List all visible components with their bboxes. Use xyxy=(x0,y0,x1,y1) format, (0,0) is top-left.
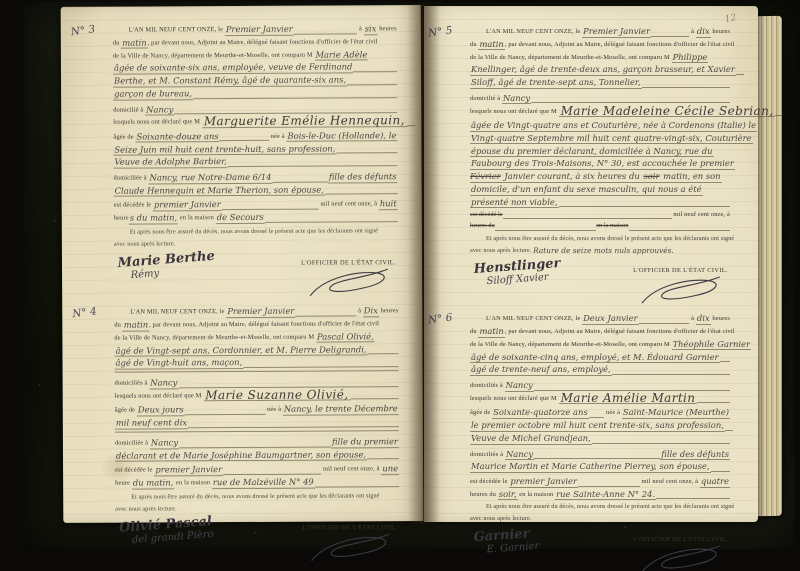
handwritten-name: Marie Madeleine Cécile Sebrian, xyxy=(559,106,776,118)
handwritten-text: matin xyxy=(121,37,147,49)
handwritten-text: épouse du premier déclarant, domiciliée … xyxy=(470,146,714,158)
printed-closing-text: Et après nous être assuré du décès, nous… xyxy=(131,491,379,503)
blank-rule xyxy=(578,485,640,487)
acte-line: du matin, par devant nous, Adjoint au Ma… xyxy=(470,326,730,338)
acte-line: Et après nous être assuré du décès, nous… xyxy=(115,491,399,503)
handwritten-text: Nancy, rue Notre-Dame 6/14 xyxy=(148,172,272,184)
acte-text: L'AN MIL NEUF CENT ONZE, le Deux Janvier… xyxy=(470,313,730,524)
acte-number: N° 5 xyxy=(427,25,453,40)
printed-text: du xyxy=(470,40,478,51)
printed-text: du xyxy=(113,38,122,49)
blank-rule xyxy=(589,416,605,418)
printed-text: heures xyxy=(711,314,730,325)
signature-block: Marie Berthe Rémy L'OFFICIER DE L'ÉTAT C… xyxy=(114,251,398,297)
handwritten-text: Nancy xyxy=(150,437,179,449)
acte-line: âgée de Deux jours née à Nancy, le trent… xyxy=(115,404,399,417)
printed-text: L'AN MIL NEUF CENT ONZE, le xyxy=(129,25,225,36)
handwritten-text: Knellinger, âgé de trente-deux ans, garç… xyxy=(470,64,736,76)
blank-rule xyxy=(347,83,397,85)
handwritten-text: Philippe xyxy=(672,52,709,64)
blank-rule xyxy=(179,445,331,448)
blank-rule xyxy=(503,217,672,219)
officer-signature-flourish xyxy=(635,274,725,309)
blank-rule xyxy=(711,470,730,472)
declarant-signatures: Garnier E. Garnier xyxy=(473,525,539,555)
acte-number: N° 3 xyxy=(70,23,96,38)
handwritten-text: dix xyxy=(696,26,711,38)
printed-text: mil neuf cent onze, à xyxy=(319,200,379,211)
handwritten-text: Pascal Olivié, xyxy=(316,331,375,343)
handwritten-text-struck: Février xyxy=(470,171,501,183)
acte-line: âgé de trente-neuf ans, employé, xyxy=(470,364,730,376)
officer-block: L'OFFICIER DE L'ÉTAT CIVIL. xyxy=(633,259,728,304)
printed-closing-text: avec nous après lecture. xyxy=(470,246,533,257)
handwritten-text: Claude Hennequin et Marie Therion, son é… xyxy=(114,184,325,197)
acte-line: domiciliée à Nancy, rue Notre-Dame 6/14f… xyxy=(114,171,398,184)
acte-text: L'AN MIL NEUF CENT ONZE, le Premier Janv… xyxy=(114,305,399,514)
printed-text-struck: est décédé le xyxy=(470,210,503,221)
handwritten-text: fille du premier xyxy=(331,436,399,448)
printed-text: est décédée le xyxy=(114,201,153,212)
blank-rule xyxy=(220,139,269,141)
acte-line: L'AN MIL NEUF CENT ONZE, le Deux Janvier… xyxy=(470,313,730,325)
handwritten-text: mil neuf cent dix xyxy=(115,418,188,430)
acte-line: domiciliée à Nancyfille du premier xyxy=(115,436,399,449)
acte-line: domiciliée à Nancyfille des défunts xyxy=(470,449,730,461)
printed-text: âgée de xyxy=(115,406,137,417)
printed-text-struck: en la maison xyxy=(596,221,628,232)
handwritten-text: Nancy xyxy=(505,380,534,392)
blank-rule xyxy=(407,124,415,126)
acte-line: âgé de Vingt-sept ans, Cordonnier, et M.… xyxy=(114,344,398,357)
handwritten-text: matin xyxy=(123,319,149,331)
acte-line: du matin, par devant nous, Adjoint au Ma… xyxy=(470,39,730,51)
blank-rule xyxy=(353,70,397,72)
handwritten-text: s du matin, xyxy=(129,213,178,225)
declarant-signatures: Marie Berthe Rémy xyxy=(117,249,216,282)
blank-rule xyxy=(651,35,689,37)
acte-line: domicile, d'un enfant du sexe masculin, … xyxy=(470,184,730,196)
acte-line: lesquels nous ont déclaré que M Marie Ma… xyxy=(470,106,730,118)
blank-rule xyxy=(642,86,730,88)
acte-line: lesquels nous ont déclaré que M Margueri… xyxy=(113,115,397,128)
blank-rule xyxy=(592,442,730,444)
printed-closing-text: avec nous après lecture. xyxy=(114,239,176,250)
blank-rule xyxy=(325,193,398,195)
handwritten-text-struck: soir xyxy=(643,171,659,183)
printed-text: née à xyxy=(604,408,622,419)
handwritten-name: Marie Suzanne Olivié, xyxy=(203,389,350,401)
acte-line: Maurice Martin et Marie Catherine Pierre… xyxy=(470,461,730,473)
blank-rule xyxy=(350,398,398,400)
acte-line: Et après nous être assuré du décès, nous… xyxy=(470,502,730,513)
handwritten-text: premier Janvier xyxy=(509,476,578,488)
printed-text: de la Ville de Nancy, département de Meu… xyxy=(470,53,672,64)
acte-number: N° 4 xyxy=(72,305,98,320)
acte-line: est décédé le mil neuf cent onze, à xyxy=(470,210,730,221)
handwritten-text: Veuve de Adolphe Barbier, xyxy=(113,157,227,169)
blank-rule xyxy=(367,458,399,460)
acte-line: Siloff, âgé de trente-sept ans, Tonnelie… xyxy=(470,77,730,89)
acte-line: du matin, par devant nous, Adjoint au Ma… xyxy=(114,318,398,331)
printed-text: âgée de xyxy=(470,408,492,419)
printed-text: heure xyxy=(115,479,132,490)
printed-text: domiciliée à xyxy=(115,438,150,449)
blank-rule xyxy=(612,373,730,375)
handwritten-text: Deux Janvier xyxy=(582,313,639,325)
officer-caption: L'OFFICIER DE L'ÉTAT CIVIL. xyxy=(633,536,728,543)
handwritten-text: Vingt-quatre Septembre mil huit cent qua… xyxy=(470,133,753,145)
acte-line: de la Ville de Nancy, département de Meu… xyxy=(113,49,397,62)
acte-line: âgé de Vingt-huit ans, maçon, xyxy=(114,356,398,369)
printed-text: , par devant nous, Adjoint au Maire, dél… xyxy=(505,40,735,51)
printed-text: est décédée le xyxy=(470,477,509,488)
blank-rule xyxy=(273,180,328,182)
handwritten-text: fille des défunts xyxy=(660,449,730,461)
blank-rule xyxy=(315,485,399,487)
printed-text: du xyxy=(470,327,478,338)
acte-line: âgée de Vingt-quatre ans et Couturière, … xyxy=(470,120,730,132)
blank-rule xyxy=(115,429,399,432)
officer-block: L'OFFICIER DE L'ÉTAT CIVIL. xyxy=(301,251,396,296)
acte-line: Et après nous être assuré du décès, nous… xyxy=(114,226,398,238)
acte-line: âgé de soixante-cinq ans, employé, et M.… xyxy=(470,352,730,364)
handwritten-text: Dix xyxy=(363,305,379,317)
acte-text: L'AN MIL NEUF CENT ONZE, le Premier Janv… xyxy=(470,26,730,256)
printed-text: domiciliés à xyxy=(470,381,505,392)
handwritten-text: rue Sainte-Anne N° 24. xyxy=(555,489,656,501)
printed-text: mil neuf cent onze, à xyxy=(672,210,730,221)
acte-line: du matin, par devant nous, Adjoint au Ma… xyxy=(113,36,397,49)
acte-line: avec nous après lecture. Rature de seize… xyxy=(470,246,730,257)
declarant-signatures: Olivié Pascal del grandi Pièro xyxy=(119,514,214,547)
handwritten-text: quatre xyxy=(700,476,730,488)
blank-rule xyxy=(228,164,398,167)
acte-line: domiciliés à Nancy xyxy=(470,380,730,392)
acte-line: L'AN MIL NEUF CENT ONZE, le Premier Janv… xyxy=(470,26,730,38)
printed-text: , par devant nous, Adjoint au Maire, dél… xyxy=(149,319,379,331)
handwritten-text: garçon de bureau, xyxy=(113,88,193,100)
printed-text: , par devant nous, Adjoint au Maire, dél… xyxy=(148,37,378,49)
printed-text: domiciliés à xyxy=(115,379,150,390)
handwritten-text: Nancy, le trente Décembre xyxy=(283,404,399,416)
handwritten-text: Nancy xyxy=(149,377,178,389)
handwritten-text: Veuve de Michel Grandjean, xyxy=(470,433,592,445)
acte-line: avec nous après lecture. xyxy=(114,238,398,250)
handwritten-text: Soixante-douze ans xyxy=(135,131,219,143)
handwritten-text: Soixante-quatorze ans xyxy=(492,407,589,419)
acte-line: heure du matin, en la maison rue de Malz… xyxy=(115,476,399,489)
handwritten-text: Théophile Garnier xyxy=(672,339,751,351)
printed-text: lesquels nous ont déclaré que M xyxy=(113,117,202,128)
acte-line: Vingt-quatre Septembre mil huit cent qua… xyxy=(470,133,730,145)
acte-line: Veuve de Michel Grandjean, xyxy=(470,433,730,445)
handwritten-text: fille des défunts xyxy=(328,171,398,183)
handwritten-text: âgé de trente-neuf ans, employé, xyxy=(470,364,612,376)
printed-text: née à xyxy=(269,132,287,143)
handwritten-text: Nancy xyxy=(505,449,534,461)
handwritten-text: Saint-Maurice (Meurthe) xyxy=(622,407,730,419)
signature-block: Garnier E. Garnier L'OFFICIER DE L'ÉTAT … xyxy=(470,528,730,571)
acte-line: est décédée le premier Janvier mil neuf … xyxy=(115,464,399,477)
printed-text: en la maison xyxy=(178,213,216,224)
acte-line: de la Ville de Nancy, département de Meu… xyxy=(470,339,730,351)
handwritten-text: Nancy xyxy=(145,104,174,116)
acte-line: avec nous après lecture. xyxy=(115,503,399,515)
printed-text: née à xyxy=(265,405,283,416)
register-page-left: N° 3 L'AN MIL NEUF CENT ONZE, le Premier… xyxy=(61,5,424,523)
printed-closing-text: Et après nous être assuré du décès, nous… xyxy=(486,234,734,245)
handwritten-text: matin xyxy=(478,39,504,51)
printed-text: du xyxy=(114,321,123,332)
handwritten-text: du matin, xyxy=(132,478,175,490)
acte-line: Faubourg des Trois-Maisons, N° 30, est a… xyxy=(470,158,730,170)
blank-rule xyxy=(725,429,733,431)
printed-text: lesquels nous ont déclaré que M xyxy=(470,107,559,118)
handwritten-text: âgé de Vingt-huit ans, maçon, xyxy=(114,357,243,369)
blank-rule xyxy=(243,365,398,368)
blank-rule xyxy=(222,208,319,211)
acte-line: est décédée le premier Janvier mil neuf … xyxy=(114,199,398,212)
printed-closing-text: Et après nous être assuré du décès, nous… xyxy=(486,502,734,513)
officer-block: L'OFFICIER DE L'ÉTAT CIVIL. xyxy=(302,516,397,561)
printed-text: L'AN MIL NEUF CENT ONZE, le xyxy=(486,314,582,325)
handwritten-name: Marie Amélie Martin xyxy=(559,393,698,405)
handwritten-text: Premier Janvier xyxy=(582,26,651,38)
blank-rule xyxy=(193,96,397,99)
printed-text: heures du xyxy=(470,490,498,501)
printed-text: de la Ville de Nancy, département de Meu… xyxy=(113,50,315,62)
officer-block: L'OFFICIER DE L'ÉTAT CIVIL. xyxy=(633,528,728,571)
handwritten-text: six xyxy=(364,23,378,35)
handwritten-text: rue de Malzéville N° 49 xyxy=(212,477,315,489)
handwritten-text: déclarant et de Marie Joséphine Baumgart… xyxy=(115,449,367,462)
handwritten-text: premier Janvier xyxy=(153,200,222,212)
handwritten-text: premier Janvier xyxy=(154,464,223,476)
blank-rule xyxy=(115,369,399,372)
officer-signature-flourish xyxy=(303,266,393,301)
acte-line: Claude Hennequin et Marie Therion, son é… xyxy=(114,184,398,197)
handwritten-text: Maurice Martin et Marie Catherine Pierre… xyxy=(470,461,711,473)
handwritten-text: Janvier courant, à six heures du xyxy=(501,171,644,183)
printed-text: de la Ville de Nancy, département de Meu… xyxy=(114,332,316,344)
handwritten-text: Nancy xyxy=(502,93,531,105)
printed-text: lesquels nous ont déclaré que M xyxy=(115,391,204,402)
signature-block: Henstlinger Siloff Xavier L'OFFICIER DE … xyxy=(470,259,730,304)
blank-rule xyxy=(223,473,321,476)
printed-text: L'AN MIL NEUF CENT ONZE, le xyxy=(486,27,582,38)
handwritten-text: âgé de soixante-cinq ans, employé, et M.… xyxy=(470,352,720,364)
blank-rule xyxy=(295,314,356,316)
printed-text: domicilié à xyxy=(470,94,502,105)
blank-rule xyxy=(629,229,731,231)
printed-closing-text: avec nous après lecture. xyxy=(115,504,177,515)
blank-rule xyxy=(559,205,730,207)
handwritten-text: matin, en son xyxy=(659,171,721,183)
page-edge-stack xyxy=(754,16,782,516)
printed-text: est décédée le xyxy=(115,466,154,477)
officer-signature-flourish xyxy=(305,531,395,566)
printed-text: domiciliée à xyxy=(114,174,149,185)
acte-line: est décédée le premier Janvier mil neuf … xyxy=(470,476,730,488)
printed-text: mil neuf cent onze, à xyxy=(321,465,381,476)
blank-rule xyxy=(697,401,730,403)
acte-number: N° 6 xyxy=(427,312,453,327)
handwritten-text: présenté non viable, xyxy=(470,197,559,209)
printed-text: en la maison xyxy=(518,490,556,501)
handwritten-text: Premier Janvier xyxy=(225,24,294,36)
acte-4: N° 4 L'AN MIL NEUF CENT ONZE, le Premier… xyxy=(114,305,399,562)
printed-text: heures xyxy=(377,24,396,35)
declarant-signatures: Henstlinger Siloff Xavier xyxy=(473,256,561,288)
printed-text: âgée de xyxy=(113,132,135,143)
blank-rule xyxy=(294,32,357,34)
acte-line: présenté non viable, xyxy=(470,197,730,209)
handwritten-text: une xyxy=(381,464,399,476)
acte-line: lesquels nous ont déclaré que M Marie Su… xyxy=(115,389,399,402)
acte-line xyxy=(115,369,399,373)
blank-rule xyxy=(736,73,744,75)
page-right-body: N° 5 L'AN MIL NEUF CENT ONZE, le Premier… xyxy=(424,6,758,571)
acte-line: L'AN MIL NEUF CENT ONZE, le Premier Janv… xyxy=(114,305,398,318)
handwritten-name: Marguerite Emélie Hennequin, xyxy=(202,115,407,128)
blank-rule xyxy=(495,229,597,231)
acte-3: N° 3 L'AN MIL NEUF CENT ONZE, le Premier… xyxy=(113,23,398,298)
acte-line: domicilié à Nancy xyxy=(470,93,730,105)
acte-6: N° 6 L'AN MIL NEUF CENT ONZE, le Deux Ja… xyxy=(470,313,730,571)
printed-closing-text: avec nous après lecture. xyxy=(470,514,532,525)
acte-line: le premier octobre mil huit cent trente-… xyxy=(470,420,730,432)
handwritten-annotation: Rature de seize mots nuls approuvés. xyxy=(533,246,674,257)
acte-line: garçon de bureau, xyxy=(113,87,397,100)
acte-line: âgée de Soixante-quatorze ans née à Sain… xyxy=(470,407,730,419)
blank-rule xyxy=(185,413,266,415)
printed-text: heure xyxy=(114,214,129,225)
blank-rule xyxy=(720,360,730,362)
handwritten-text: matin xyxy=(478,326,504,338)
register-page-right: 12 N° 5 L'AN MIL NEUF CENT ONZE, le Prem… xyxy=(424,6,758,522)
acte-line: Et après nous être assuré du décès, nous… xyxy=(470,234,730,245)
acte-line: âgée de soixante-six ans, employée, veuv… xyxy=(113,62,397,75)
acte-5: N° 5 L'AN MIL NEUF CENT ONZE, le Premier… xyxy=(470,26,730,304)
officer-caption: L'OFFICIER DE L'ÉTAT CIVIL. xyxy=(633,267,728,274)
printed-text: heures xyxy=(711,27,730,38)
blank-rule xyxy=(775,114,783,116)
handwritten-text: âgée de Vingt-quatre ans et Couturière, … xyxy=(470,120,757,132)
handwritten-text: Seize Juin mil huit cent trente-huit, sa… xyxy=(113,143,336,156)
printed-text: lesquels nous ont déclaré que M xyxy=(470,394,559,405)
handwritten-text: Berthe, et M. Constant Rémy, âgé de quar… xyxy=(113,75,347,88)
handwritten-text: Siloff, âgé de trente-sept ans, Tonnelie… xyxy=(470,77,642,89)
acte-line: heures duen la maison xyxy=(470,221,730,232)
acte-line: Seize Juin mil huit cent trente-huit, sa… xyxy=(113,143,397,156)
handwritten-text: Deux jours xyxy=(137,405,185,417)
handwritten-text: âgée de soixante-six ans, employée, veuv… xyxy=(113,62,353,75)
printed-text: domiciliée à xyxy=(470,450,505,461)
printed-text-struck: heures du xyxy=(470,221,495,232)
handwritten-text: de Secours xyxy=(216,212,265,224)
handwritten-text: Bois-le-Duc (Hollande), le xyxy=(286,130,397,142)
acte-line: déclarant et de Marie Joséphine Baumgart… xyxy=(115,449,399,462)
printed-text: L'AN MIL NEUF CENT ONZE, le xyxy=(130,307,226,318)
handwritten-text: domicile, d'un enfant du sexe masculin, … xyxy=(470,184,703,196)
acte-line: lesquels nous ont déclaré que M Marie Am… xyxy=(470,393,730,405)
acte-line: Berthe, et M. Constant Rémy, âgé de quar… xyxy=(113,74,397,87)
blank-rule xyxy=(188,425,399,428)
blank-rule xyxy=(531,101,730,103)
printed-text: de la Ville de Nancy, département de Meu… xyxy=(470,340,672,351)
acte-line: Février Janvier courant, à six heures du… xyxy=(470,171,730,183)
handwritten-text: Premier Janvier xyxy=(226,306,295,318)
officer-signature-flourish xyxy=(635,542,725,571)
printed-text: , par devant nous, Adjoint au Maire, dél… xyxy=(505,327,735,338)
printed-text: domicilié à xyxy=(113,105,145,116)
acte-line: âgée de Soixante-douze ans née à Bois-le… xyxy=(113,130,397,143)
acte-line: mil neuf cent dix xyxy=(115,416,399,429)
handwritten-text: le premier octobre mil huit cent trente-… xyxy=(470,420,725,432)
acte-line: de la Ville de Nancy, département de Meu… xyxy=(470,52,730,64)
printed-text: mil neuf cent onze, à xyxy=(640,477,700,488)
handwritten-text: Marie Adèle xyxy=(314,49,368,61)
signature-block: Olivié Pascal del grandi Pièro L'OFFICIE… xyxy=(115,516,399,562)
acte-text: L'AN MIL NEUF CENT ONZE, le Premier Janv… xyxy=(113,23,398,250)
handwritten-text: huit xyxy=(379,199,398,211)
handwritten-text: soir, xyxy=(498,489,518,501)
blank-rule xyxy=(368,352,399,354)
blank-rule xyxy=(534,457,660,459)
acte-line xyxy=(115,429,399,433)
acte-line: heures du soir, en la maison rue Sainte-… xyxy=(470,489,730,501)
acte-line: Knellinger, âgé de trente-deux ans, garç… xyxy=(470,64,730,76)
blank-rule xyxy=(265,220,398,223)
blank-rule xyxy=(639,322,690,324)
blank-rule xyxy=(656,497,730,499)
page-left-body: N° 3 L'AN MIL NEUF CENT ONZE, le Premier… xyxy=(61,5,424,563)
printed-text: heures xyxy=(379,306,398,317)
printed-closing-text: Et après nous être assuré du décès, nous… xyxy=(130,226,378,238)
acte-line: heures du matin, en la maison de Secours xyxy=(114,211,398,224)
blank-rule xyxy=(336,151,397,153)
handwritten-text: Faubourg des Trois-Maisons, N° 30, est a… xyxy=(470,158,735,170)
handwritten-text: dix xyxy=(696,313,711,325)
printed-text: en la maison xyxy=(174,478,212,489)
acte-line: épouse du premier déclarant, domiciliée … xyxy=(470,146,730,158)
acte-line: avec nous après lecture. xyxy=(470,514,730,525)
acte-line: de la Ville de Nancy, département de Meu… xyxy=(114,331,398,344)
handwritten-text: âgé de Vingt-sept ans, Cordonnier, et M.… xyxy=(114,344,367,357)
register-scan: N° 3 L'AN MIL NEUF CENT ONZE, le Premier… xyxy=(0,0,800,571)
acte-line: Veuve de Adolphe Barbier, xyxy=(113,156,397,169)
acte-line: L'AN MIL NEUF CENT ONZE, le Premier Janv… xyxy=(113,23,397,36)
